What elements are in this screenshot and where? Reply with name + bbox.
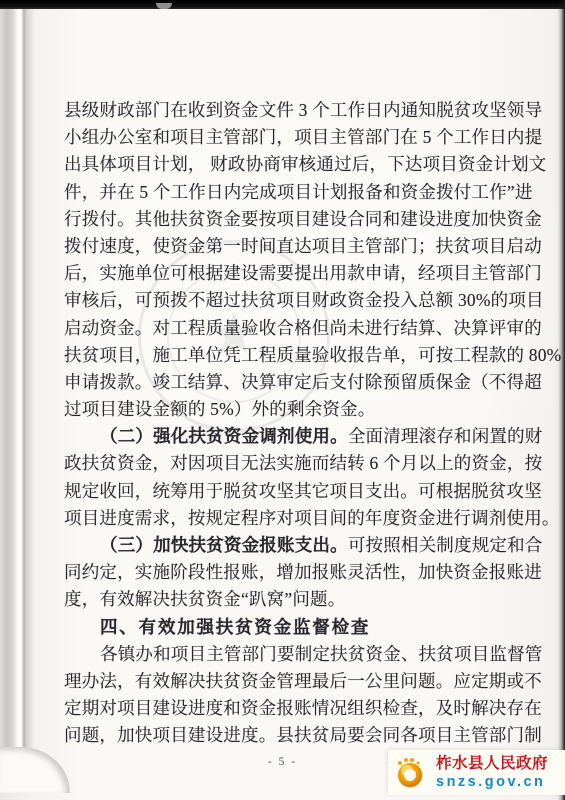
text-segment: 申请拨款。竣工结算、决算审定后支付除预留质保金（不得超 [64,372,542,392]
text-line: 项目进度需求，按规定程序对项目间的年度资金进行调剂使用。 [64,505,524,532]
logo-ring [398,763,422,787]
text-segment: （二）强化扶贫资金调剂使用。 [100,426,348,446]
text-line: 启动资金。对工程质量验收合格但尚未进行结算、决算评审的 [64,315,524,342]
book-spine-gutter [0,9,34,793]
document-body: 县级财政部门在收到资金文件 3 个工作日内通知脱贫攻坚领导小组办公室和项目主管部… [64,97,524,750]
text-line: （二）强化扶贫资金调剂使用。全面清理滚存和闲置的财 [64,423,524,450]
page-curl-bottom-left [0,747,70,793]
text-line: 扶贫项目，施工单位凭工程质量验收报告单，可按工程款的 80% [64,342,524,369]
text-segment: 四、有效加强扶贫资金监督检查 [100,617,370,637]
text-segment: 可按照相关制度规定和合 [348,535,543,555]
scanned-page: 县级财政部门在收到资金文件 3 个工作日内通知脱贫攻坚领导小组办公室和项目主管部… [0,0,565,800]
text-segment: 问题，加快项目建设进度。县扶贫局要会同各项目主管部门制 [64,725,542,745]
paper-curl-notch [156,3,172,9]
text-line: 四、有效加强扶贫资金监督检查 [64,614,524,641]
text-line: 各镇办和项目主管部门要制定扶贫资金、扶贫项目监督管 [64,641,524,668]
text-line: 度，有效解决扶贫资金“趴窝”问题。 [64,586,524,613]
gov-watermark-text: 柞水县人民政府 snzs.gov.cn [436,754,548,792]
text-segment: 过项目建设金额的 5%）外的剩余资金。 [64,399,376,419]
text-line: 拨付速度，使资金第一时间直达项目主管部门；扶贫项目启动 [64,233,524,260]
text-segment: 小组办公室和项目主管部门，项目主管部门在 5 个工作日内提 [64,127,542,147]
text-segment: 行拨付。其他扶贫资金要按项目建设合同和建设进度加快资金 [64,209,542,229]
text-segment: 度，有效解决扶贫资金“趴窝”问题。 [64,589,345,609]
text-line: 小组办公室和项目主管部门，项目主管部门在 5 个工作日内提 [64,124,524,151]
gov-site-name: 柞水县人民政府 [436,754,548,773]
text-line: 县级财政部门在收到资金文件 3 个工作日内通知脱贫攻坚领导 [64,97,524,124]
text-segment: 全面清理滚存和闲置的财 [348,426,543,446]
text-line: 理办法，有效解决扶贫资金管理最后一公里问题。应定期或不 [64,668,524,695]
text-segment: 后，实施单位可根据建设需要提出用款申请，经项目主管部门 [64,263,542,283]
text-segment: 项目进度需求，按规定程序对项目间的年度资金进行调剂使用。 [64,508,560,528]
text-line: 规定收回，统筹用于脱贫攻坚其它项目支出。可根据脱贫攻坚 [64,478,524,505]
page-edge-shadow-right [558,0,565,800]
text-line: 问题，加快项目建设进度。县扶贫局要会同各项目主管部门制 [64,722,524,749]
text-segment: 理办法，有效解决扶贫资金管理最后一公里问题。应定期或不 [64,671,542,691]
text-line: 定期对项目建设进度和资金报账情况组织检查，及时解决存在 [64,695,524,722]
text-line: 审核后，可预拨不超过扶贫项目财政资金投入总额 30%的项目 [64,287,524,314]
text-line: 申请拨款。竣工结算、决算审定后支付除预留质保金（不得超 [64,369,524,396]
text-segment: 同约定，实施阶段性报账，增加报账灵活性，加快资金报账进 [64,562,542,582]
text-segment: 扶贫项目，施工单位凭工程质量验收报告单，可按工程款的 80% [64,345,561,365]
text-line: 件，并在 5 个工作日内完成项目计划报备和资金拨付工作”进 [64,179,524,206]
text-line: 行拨付。其他扶贫资金要按项目建设合同和建设进度加快资金 [64,206,524,233]
text-line: （三）加快扶贫资金报账支出。可按照相关制度规定和合 [64,532,524,559]
text-line: 政扶贫资金，对因项目无法实施而结转 6 个月以上的资金，按 [64,450,524,477]
text-segment: 审核后，可预拨不超过扶贫项目财政资金投入总额 30%的项目 [64,290,544,310]
gov-logo-icon [397,757,427,789]
text-segment: 政扶贫资金，对因项目无法实施而结转 6 个月以上的资金，按 [64,453,542,473]
text-segment: 各镇办和项目主管部门要制定扶贫资金、扶贫项目监督管 [100,644,543,664]
scanner-edge-top [0,0,565,9]
text-line: 后，实施单位可根据建设需要提出用款申请，经项目主管部门 [64,260,524,287]
text-segment: 启动资金。对工程质量验收合格但尚未进行结算、决算评审的 [64,318,542,338]
logo-dots [398,761,402,765]
text-segment: 规定收回，统筹用于脱贫攻坚其它项目支出。可根据脱贫攻坚 [64,481,542,501]
text-segment: 件，并在 5 个工作日内完成项目计划报备和资金拨付工作”进 [64,182,533,202]
text-segment: 定期对项目建设进度和资金报账情况组织检查，及时解决存在 [64,698,542,718]
text-segment: 拨付速度，使资金第一时间直达项目主管部门；扶贫项目启动 [64,236,542,256]
text-line: 过项目建设金额的 5%）外的剩余资金。 [64,396,524,423]
text-segment: （三）加快扶贫资金报账支出。 [100,535,348,555]
text-line: 同约定，实施阶段性报账，增加报账灵活性，加快资金报账进 [64,559,524,586]
text-segment: 县级财政部门在收到资金文件 3 个工作日内通知脱贫攻坚领导 [64,100,542,120]
text-line: 出具体项目计划， 财政协商审核通过后，下达项目资金计划文 [64,151,524,178]
gov-site-watermark: 柞水县人民政府 snzs.gov.cn [388,750,565,795]
text-segment: 出具体项目计划， 财政协商审核通过后，下达项目资金计划文 [64,154,546,174]
gov-site-url: snzs.gov.cn [436,773,548,791]
